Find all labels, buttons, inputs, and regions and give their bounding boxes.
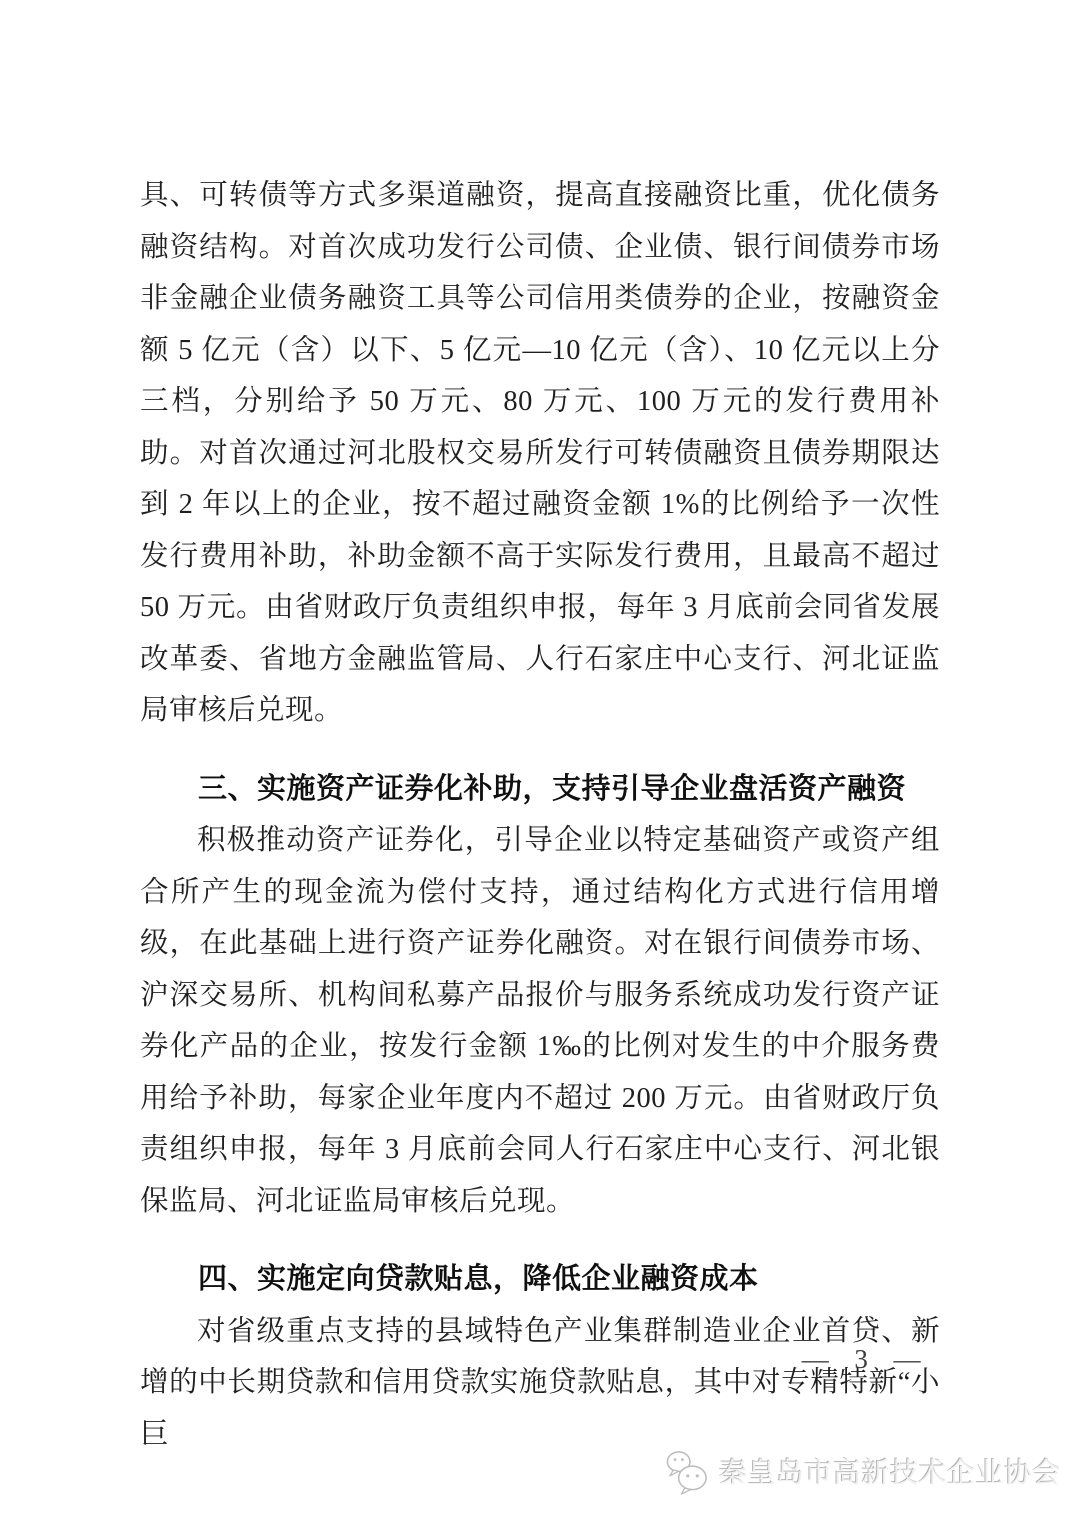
heading-section-four-loan-interest-subsidy: 四、实施定向贷款贴息，降低企业融资成本 (140, 1254, 940, 1306)
document-body: 具、可转债等方式多渠道融资，提高直接融资比重，优化债务融资结构。对首次成功发行公… (140, 170, 940, 1460)
paragraph-asset-securitization-subsidy: 积极推动资产证券化，引导企业以特定基础资产或资产组合所产生的现金流为偿付支持，通… (140, 815, 940, 1227)
paragraph-bond-issuance-subsidy: 具、可转债等方式多渠道融资，提高直接融资比重，优化债务融资结构。对首次成功发行公… (140, 170, 940, 737)
paragraph-loan-interest-subsidy: 对省级重点支持的县域特色产业集群制造业企业首贷、新增的中长期贷款和信用贷款实施贷… (140, 1306, 940, 1461)
page-number: — 3 — (802, 1344, 930, 1374)
heading-section-three-asset-securitization: 三、实施资产证券化补助，支持引导企业盘活资产融资 (140, 764, 940, 816)
footer-account-name: 秦皇岛市高新技术企业协会 (719, 1449, 1061, 1496)
wechat-icon (663, 1449, 710, 1496)
footer-watermark: 秦皇岛市高新技术企业协会 (663, 1449, 1061, 1496)
document-page: 具、可转债等方式多渠道融资，提高直接融资比重，优化债务融资结构。对首次成功发行公… (0, 0, 1080, 1525)
